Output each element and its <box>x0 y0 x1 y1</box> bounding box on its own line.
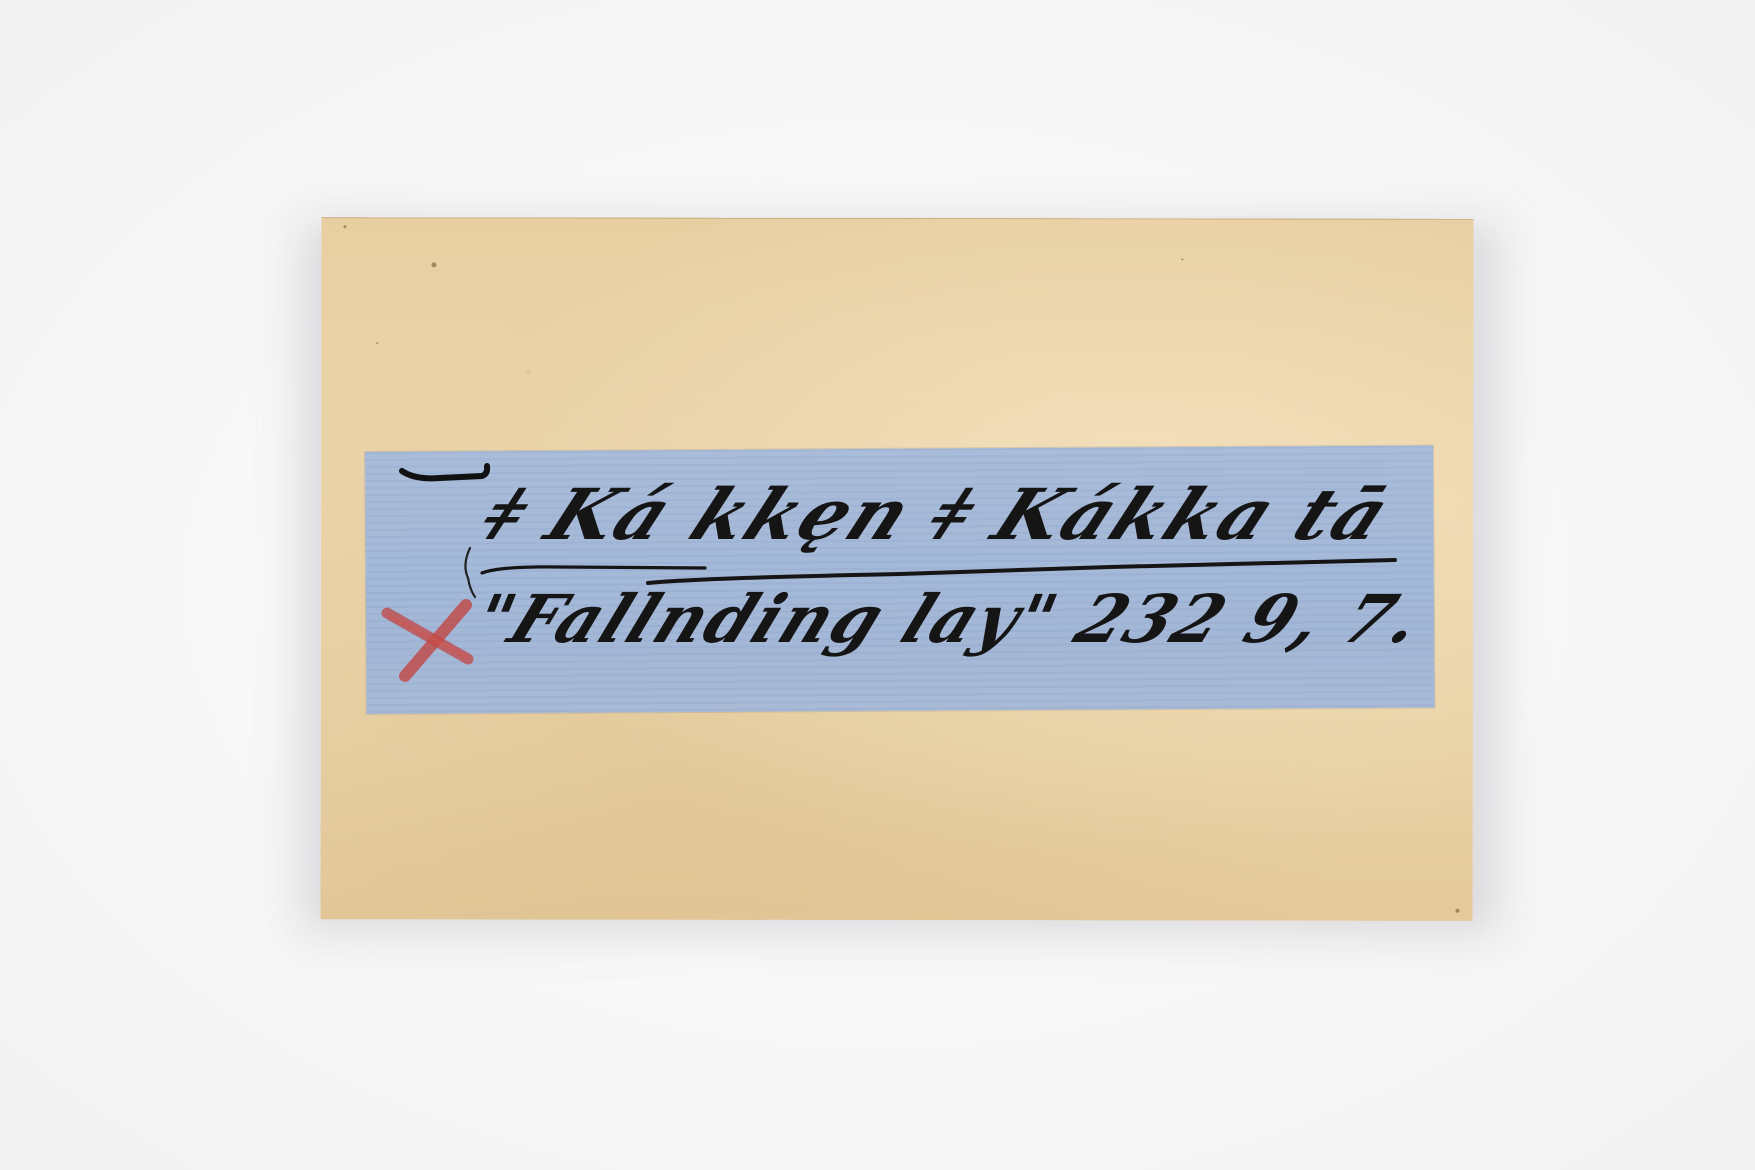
slip-line-2: "Fallnding lay" 232 9, 7. <box>462 580 1435 658</box>
slip-line-1: ǂ Ká kkęn ǂ Kákka tā <box>470 474 1404 556</box>
paper-speck <box>343 225 346 228</box>
paper-speck <box>1456 909 1460 913</box>
paper-speck <box>376 342 378 344</box>
paper-speck <box>1181 258 1183 260</box>
paper-speck <box>431 262 436 267</box>
